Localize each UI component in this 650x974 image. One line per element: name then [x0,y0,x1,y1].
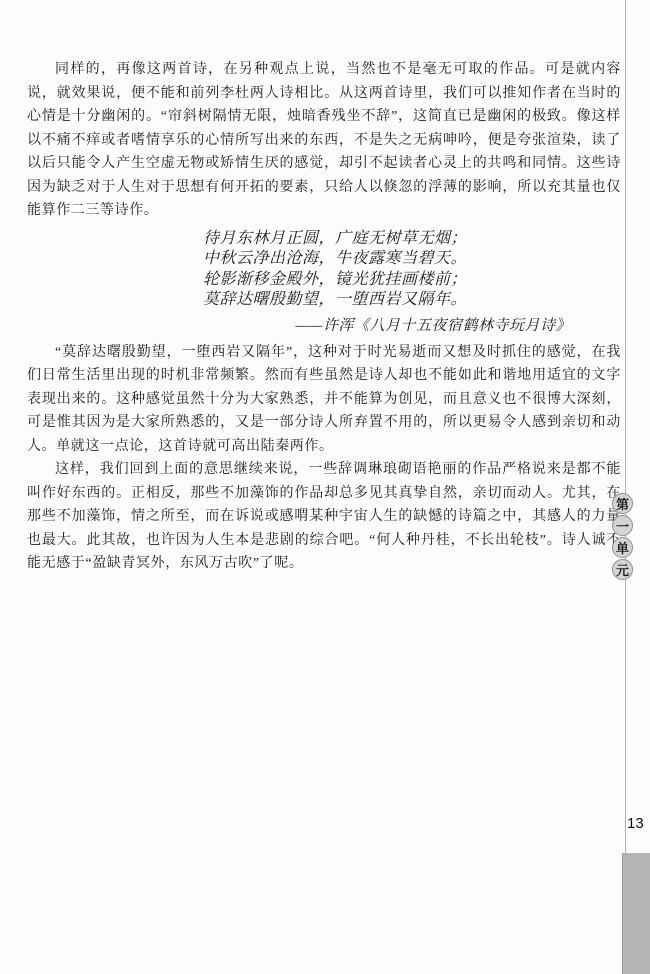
corner-gray-block [622,853,650,974]
body-paragraph-3: 这样，我们回到上面的意思继续来说，一些辞调琳琅砌语艳丽的作品严格说来是都不能叫作… [27,458,621,576]
poem-line: 中秋云净出沧海，牛夜露寒当碧天。 [203,249,621,270]
unit-badge-char: 一 [612,515,633,536]
unit-marker: 第 一 单 元 [612,493,638,581]
unit-badge-char: 第 [612,493,633,514]
unit-badge-char: 元 [612,559,633,580]
main-text-column: 同样的，再像这两首诗，在另种观点上说，当然也不是毫无可取的作品。可是就内容说，就… [27,58,621,576]
unit-rail-line [625,0,626,853]
textbook-page: 同样的，再像这两首诗，在另种观点上说，当然也不是毫无可取的作品。可是就内容说，就… [0,0,650,974]
poem-line: 轮影渐移金殿外，镜光犹挂画楼前； [203,270,621,291]
page-number: 13 [627,815,644,832]
body-paragraph-2: “莫辞达曙殷勤望，一堕西岩又隔年”，这种对于时光易逝而又想及时抓住的感觉，在我们… [27,341,621,459]
poem-attribution: ——许浑《八月十五夜宿鹤林寺玩月诗》 [27,314,621,335]
unit-badge-char: 单 [612,537,633,558]
body-paragraph-1: 同样的，再像这两首诗，在另种观点上说，当然也不是毫无可取的作品。可是就内容说，就… [27,58,621,223]
poem-line: 莫辞达曙殷勤望，一堕西岩又隔年。 [203,290,621,311]
quoted-poem: 待月东林月正圆，广庭无树草无烟； 中秋云净出沧海，牛夜露寒当碧天。 轮影渐移金殿… [203,229,621,311]
poem-line: 待月东林月正圆，广庭无树草无烟； [203,229,621,250]
